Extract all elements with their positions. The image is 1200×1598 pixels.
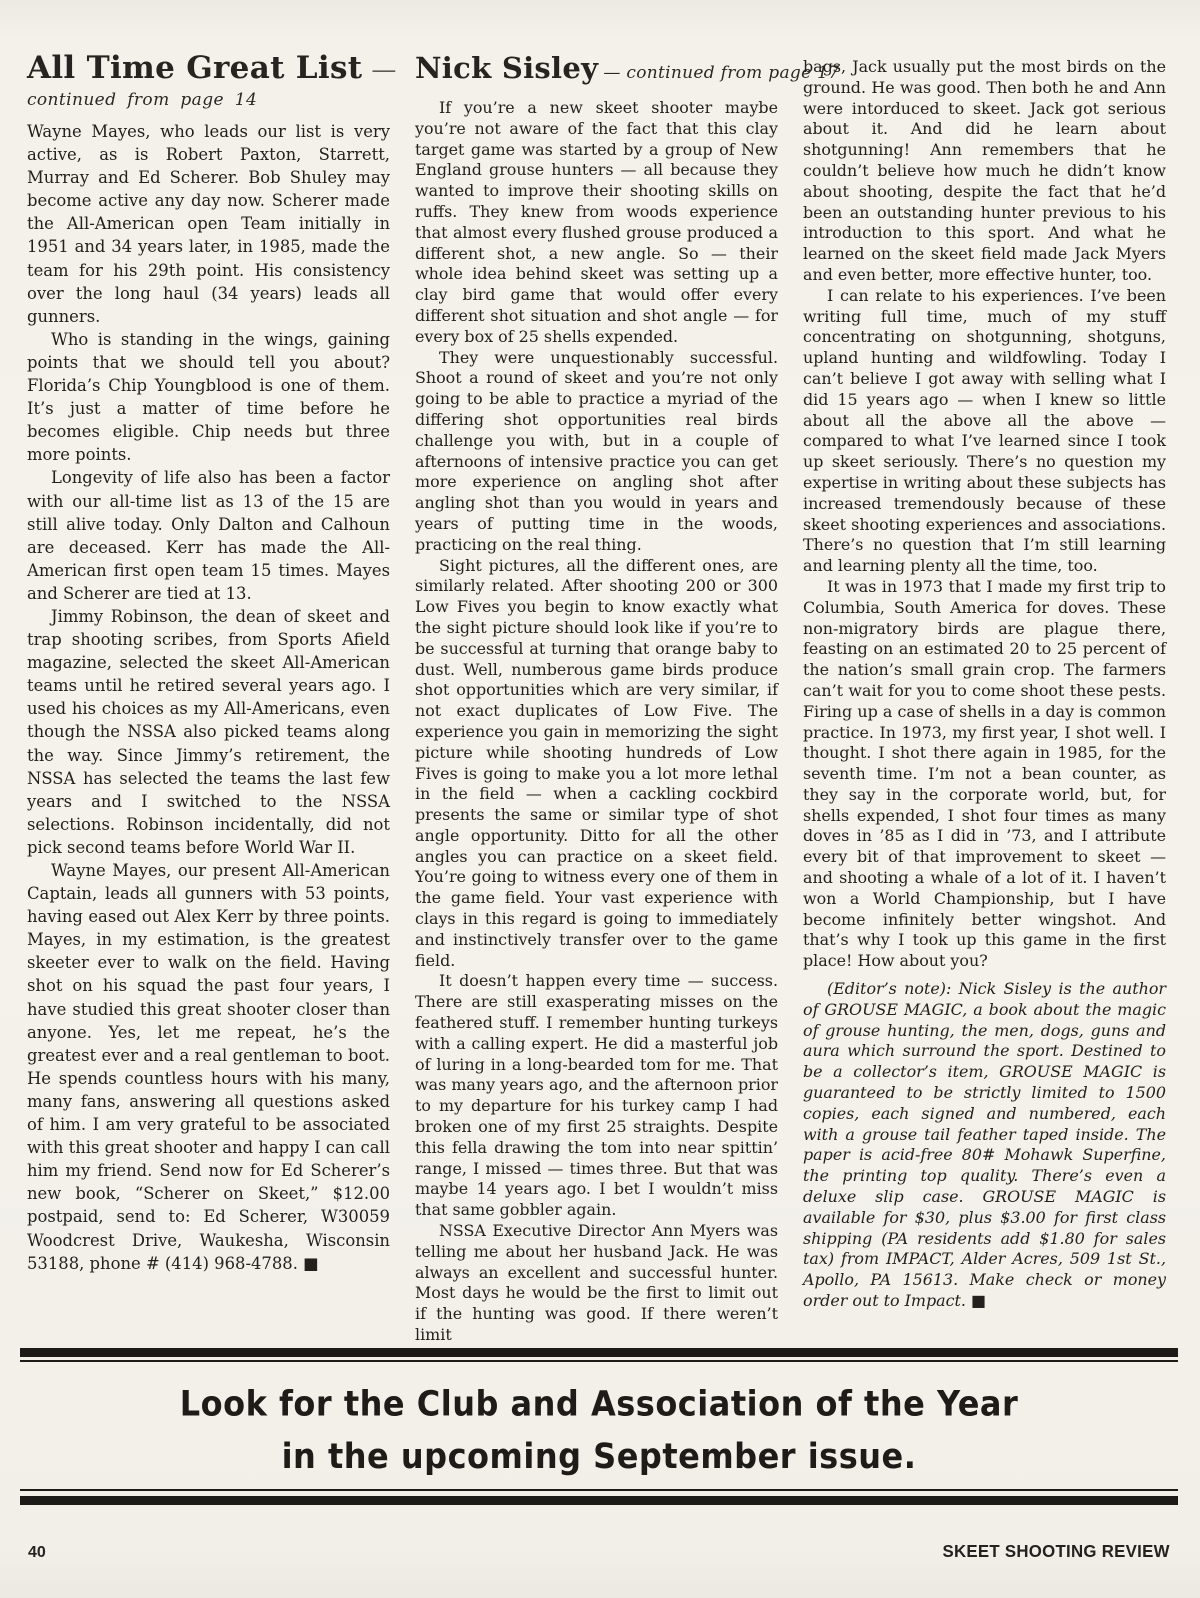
paragraph: NSSA Executive Director Ann Myers was te… [415, 1221, 778, 1346]
paragraph: I can relate to his experiences. I’ve be… [803, 286, 1166, 577]
banner-rule-thick-bottom [20, 1496, 1178, 1505]
article2-body: If you’re a new skeet shooter maybe you’… [415, 98, 778, 1346]
article-nick-sisley: Nick Sisley — continued from page 17 If … [415, 50, 778, 1346]
article-all-time-great-list: All Time Great List— continued from page… [27, 50, 390, 1346]
article1-header: All Time Great List— continued from page… [27, 50, 390, 112]
article2-header: Nick Sisley — continued from page 17 [415, 50, 778, 86]
paragraph: If you’re a new skeet shooter maybe you’… [415, 98, 778, 348]
article1-body: Wayne Mayes, who leads our list is very … [27, 120, 390, 1275]
article1-title-text: All Time Great List [27, 50, 362, 86]
announcement-banner: Look for the Club and Association of the… [20, 1348, 1178, 1505]
paragraph: Wayne Mayes, our present All-American Ca… [27, 859, 390, 1275]
paragraph: It was in 1973 that I made my first trip… [803, 577, 1166, 972]
magazine-name: SKEET SHOOTING REVIEW [943, 1541, 1170, 1562]
page-content: All Time Great List— continued from page… [27, 50, 1168, 1346]
banner-rule-thick-top [20, 1348, 1178, 1357]
paragraph: Wayne Mayes, who leads our list is very … [27, 120, 390, 328]
editors-note: (Editor’s note): Nick Sisley is the auth… [803, 979, 1166, 1312]
title-dash: — [371, 55, 396, 84]
paragraph: Longevity of life also has been a factor… [27, 466, 390, 605]
paragraph: Sight pictures, all the different ones, … [415, 556, 778, 972]
paragraph: Jimmy Robinson, the dean of skeet and tr… [27, 605, 390, 859]
paragraph: bags, Jack usually put the most birds on… [803, 57, 1166, 286]
banner-rule-thin-top [20, 1360, 1178, 1362]
magazine-page: All Time Great List— continued from page… [0, 0, 1200, 1598]
column3-body: bags, Jack usually put the most birds on… [803, 57, 1166, 972]
announcement-line-1: Look for the Club and Association of the… [20, 1384, 1178, 1423]
article2-title: Nick Sisley [415, 51, 598, 85]
article1-title: All Time Great List— [27, 50, 390, 88]
page-number: 40 [28, 1544, 46, 1562]
paragraph: It doesn’t happen every time — success. … [415, 971, 778, 1221]
paragraph: Who is standing in the wings, gaining po… [27, 328, 390, 467]
paragraph: They were unquestionably successful. Sho… [415, 348, 778, 556]
article1-continued-from: continued from page 14 [27, 88, 390, 112]
article-nick-sisley-continuation: bags, Jack usually put the most birds on… [803, 50, 1166, 1346]
page-footer: 40 SKEET SHOOTING REVIEW [28, 1541, 1170, 1562]
announcement-line-2: in the upcoming September issue. [20, 1437, 1178, 1476]
announcement-text: Look for the Club and Association of the… [20, 1384, 1178, 1476]
